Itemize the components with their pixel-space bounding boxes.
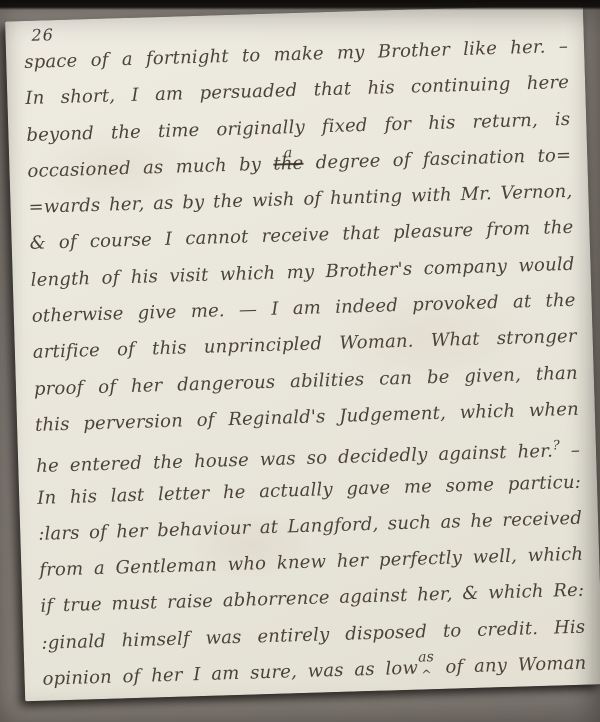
page-number: 26 xyxy=(31,25,54,45)
line-text: of any Woman xyxy=(434,653,586,678)
manuscript-text: space of a fortnight to make my Brother … xyxy=(24,29,587,698)
caret-mark-icon: ^ xyxy=(421,667,432,682)
photo-top-shadow xyxy=(0,0,600,10)
line-text: occasioned as much by xyxy=(27,154,273,182)
strikethrough-correction: athe xyxy=(273,155,304,174)
line-text: opinion of her I am sure, was as low xyxy=(42,658,418,690)
manuscript-page: 26 space of a fortnight to make my Broth… xyxy=(5,4,600,701)
line-text: degree of fascination to= xyxy=(303,145,571,174)
line-text: – xyxy=(560,440,581,462)
inserted-word: as xyxy=(418,650,434,665)
caret-insertion: as^ xyxy=(418,659,435,682)
inserted-word: a xyxy=(284,146,293,160)
